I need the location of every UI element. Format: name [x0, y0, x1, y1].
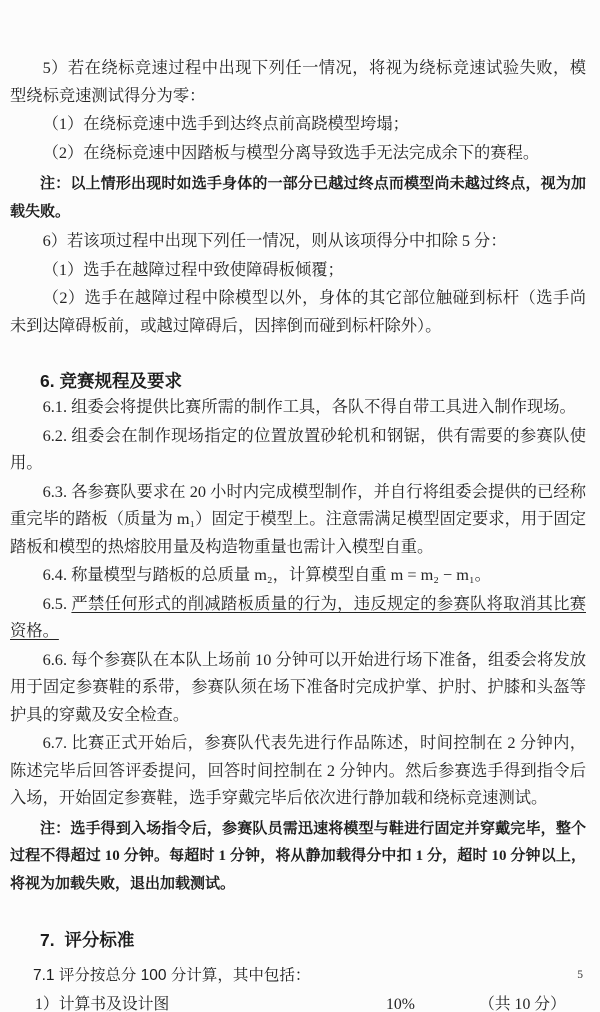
page-number: 5 — [577, 968, 583, 982]
note-load-failure: 注：以上情形出现时如选手身体的一部分已越过终点而模型尚未越过终点，视为加载失败。 — [10, 171, 586, 226]
clause-6-4: 6.4. 称量模型与踏板的总质量 m₂，计算模型自重 m = m₂ − m₁。 — [10, 561, 586, 589]
clause-6-2: 6.2. 组委会在制作现场指定的位置放置砂轮机和钢锯，供有需要的参赛队使用。 — [10, 422, 586, 477]
clause-6-1: 6.1. 组委会将提供比赛所需的制作工具，各队不得自带工具进入制作现场。 — [10, 393, 586, 421]
para-6-item-1: （1）选手在越障过程中致使障碍板倾覆； — [10, 256, 586, 284]
clause-6-3: 6.3. 各参赛队要求在 20 小时内完成模型制作，并自行将组委会提供的已经称重… — [10, 478, 586, 561]
clause-6-5: 6.5. 严禁任何形式的削减踏板质量的行为，违反规定的参赛队将取消其比赛资格。 — [10, 590, 586, 645]
score-row: 1）计算书及设计图 10% （共 10 分） — [10, 991, 586, 1012]
para-5-item-2: （2）在绕标竞速中因踏板与模型分离导致选手无法完成余下的赛程。 — [10, 139, 586, 167]
score-item-percent: 10% — [386, 991, 479, 1012]
note-entry-time-limit: 注：选手得到入场指令后，参赛队员需迅速将模型与鞋进行固定并穿戴完毕，整个过程不得… — [10, 816, 586, 899]
para-5-item-1: （1）在绕标竞速中选手到达终点前高跷模型垮塌； — [10, 110, 586, 138]
clause-6-7: 6.7. 比赛正式开始后，参赛队代表先进行作品陈述，时间控制在 2 分钟内，陈述… — [10, 729, 586, 812]
score-item-label: 1）计算书及设计图 — [35, 991, 386, 1012]
document-page: 5）若在绕标竞速过程中出现下列任一情况，将视为绕标竞速试验失败，模型绕标竞速测试… — [0, 0, 600, 1012]
clause-6-5-underlined-text: 严禁任何形式的削减踏板质量的行为，违反规定的参赛队将取消其比赛资格。 — [10, 594, 586, 641]
clause-6-5-number: 6.5. — [43, 594, 72, 613]
section-7-heading: 7. 评分标准 — [10, 928, 586, 952]
clause-6-6: 6.6. 每个参赛队在本队上场前 10 分钟可以开始进行场下准备，组委会将发放用… — [10, 646, 586, 729]
section-6-heading: 6. 竞赛规程及要求 — [10, 369, 586, 393]
clause-7-1: 7.1 评分按总分 100 分计算，其中包括： — [10, 962, 586, 990]
score-item-points: （共 10 分） — [479, 991, 586, 1012]
para-6-item-2: （2）选手在越障过程中除模型以外，身体的其它部位触碰到标杆（选手尚未到达障碍板前… — [10, 284, 586, 339]
page-content: 5）若在绕标竞速过程中出现下列任一情况，将视为绕标竞速试验失败，模型绕标竞速测试… — [0, 0, 600, 1012]
para-6-intro: 6）若该项过程中出现下列任一情况，则从该项得分中扣除 5 分： — [10, 227, 586, 255]
para-5-intro: 5）若在绕标竞速过程中出现下列任一情况，将视为绕标竞速试验失败，模型绕标竞速测试… — [10, 54, 586, 109]
